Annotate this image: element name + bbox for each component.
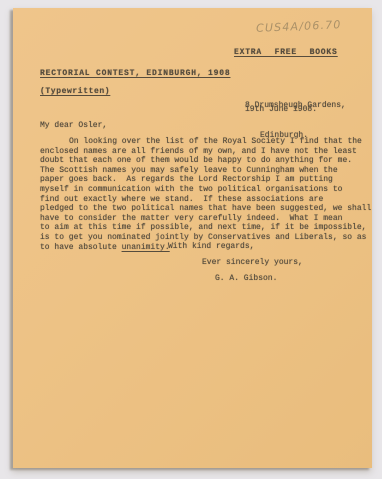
body-line: enclosed names are all friends of my own…	[40, 147, 380, 157]
closing-regards: With kind regards,	[168, 242, 254, 251]
typewritten-note: (Typewritten)	[40, 87, 110, 96]
pencil-reference: CUS4A/06.70	[256, 18, 342, 35]
letter-body: On looking over the list of the Royal So…	[40, 137, 380, 252]
closing-valediction: Ever sincerely yours,	[202, 258, 303, 267]
signature: G. A. Gibson.	[215, 274, 277, 283]
body-line: to aim at this time if possible, and nex…	[40, 223, 380, 233]
underlined-word: unanimity.	[122, 243, 170, 252]
subject-heading: RECTORIAL CONTEST, EDINBURGH, 1908	[40, 69, 230, 78]
body-last-line-text: to have absolute	[40, 243, 122, 252]
body-line: doubt that each one of them would be hap…	[40, 156, 380, 166]
scan-background: CUS4A/06.70 EXTRA FREE BOOKS RECTORIAL C…	[0, 0, 382, 479]
body-line: On looking over the list of the Royal So…	[40, 137, 380, 147]
body-line: pledged to the two political names that …	[40, 204, 380, 214]
date-line: 19th June 1908.	[245, 105, 317, 114]
body-line: myself in communication with the two pol…	[40, 185, 380, 195]
salutation: My dear Osler,	[40, 121, 107, 130]
body-line: have to consider the matter very careful…	[40, 214, 380, 224]
body-line: The Scottish names you may safely leave …	[40, 166, 380, 176]
body-line: paper goes back. As regards the Lord Rec…	[40, 175, 380, 185]
letter-paper: CUS4A/06.70 EXTRA FREE BOOKS RECTORIAL C…	[13, 8, 372, 468]
body-line: find out exactly where we stand. If thes…	[40, 195, 380, 205]
typed-heading: EXTRA FREE BOOKS	[234, 48, 338, 57]
